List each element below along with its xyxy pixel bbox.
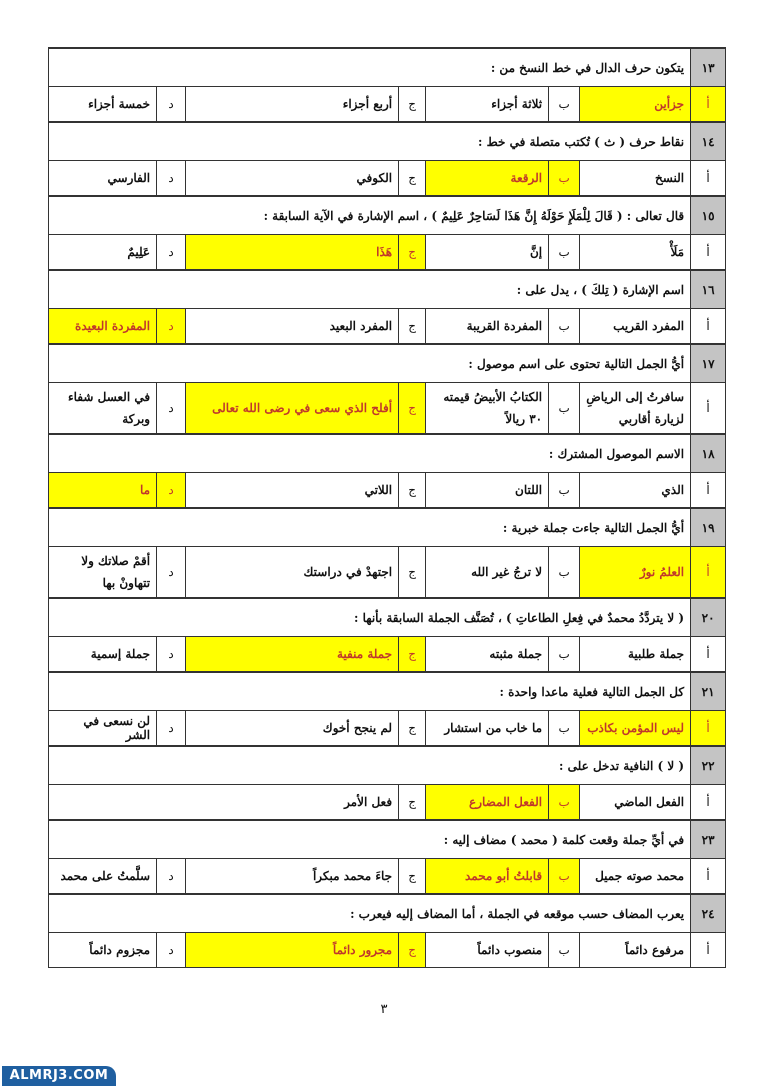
option-letter-a: أ [691, 785, 726, 821]
question-row: ١٨الاسم الموصول المشترك : [49, 434, 726, 473]
answer-options-row: أمرفوع دائماًبمنصوب دائماًجمجرور دائماًد… [49, 933, 726, 968]
option-c-correct-answer[interactable]: أفلح الذي سعى في رضى الله تعالى [186, 383, 399, 435]
question-number: ٢٠ [691, 598, 726, 637]
option-letter-d: د [157, 161, 186, 197]
quiz-sheet: ١٣يتكون حرف الدال في خط النسخ من :أجزأين… [48, 47, 725, 968]
question-text: قال تعالى : ( قَالَ لِلْمَلَإِ حَوْلَهُ … [49, 196, 691, 235]
option-letter-a: أ [691, 161, 726, 197]
option-letter-d: د [157, 933, 186, 968]
answer-options-row: أجزأينبثلاثة أجزاءجأربع أجزاءدخمسة أجزاء [49, 87, 726, 123]
question-row: ١٤نقاط حرف ( ث ) تُكتب متصلة في خط : [49, 122, 726, 161]
option-letter-c: ج [399, 87, 426, 123]
option-letter-a: أ [691, 87, 726, 123]
question-number: ٢٢ [691, 746, 726, 785]
page-number: ٣ [0, 1002, 768, 1017]
option-letter-b: ب [549, 87, 580, 123]
option-c-text[interactable]: اللاتي [186, 473, 399, 509]
option-letter-a: أ [691, 547, 726, 599]
answer-options-row: أمحمد صوته جميلبقابلتُ أبو محمدججاءَ محم… [49, 859, 726, 895]
answer-options-row: أالعلمُ نورٌبلا ترجُ غير اللهجاجتهدْ في … [49, 547, 726, 599]
option-a-text[interactable]: المفرد القريب [580, 309, 691, 345]
answer-options-row: أليس المؤمن بكاذببما خاب من استشارجلم ين… [49, 711, 726, 747]
option-letter-b: ب [549, 235, 580, 271]
option-letter-c: ج [399, 711, 426, 747]
option-letter-a: أ [691, 637, 726, 673]
option-a-text[interactable]: النسخ [580, 161, 691, 197]
option-letter-d: د [157, 711, 186, 747]
question-number: ١٧ [691, 344, 726, 383]
option-a-text[interactable]: محمد صوته جميل [580, 859, 691, 895]
option-c-text[interactable]: لم ينجح أخوك [186, 711, 399, 747]
option-letter-c: ج [399, 473, 426, 509]
question-row: ٢٠( لا يتردَّدُ محمدٌ في فِعلِ الطاعاتِ … [49, 598, 726, 637]
option-c-text[interactable]: المفرد البعيد [186, 309, 399, 345]
option-d-text[interactable]: الفارسي [49, 161, 157, 197]
option-b-text[interactable]: جملة مثبته [426, 637, 549, 673]
option-letter-c: ج [399, 309, 426, 345]
question-text: ( لا ) النافية تدخل على : [49, 746, 691, 785]
option-letter-b: ب [549, 383, 580, 435]
question-number: ٢٣ [691, 820, 726, 859]
option-d-text[interactable]: خمسة أجزاء [49, 87, 157, 123]
question-text: يتكون حرف الدال في خط النسخ من : [49, 48, 691, 87]
option-a-text[interactable]: سافرتُ إلى الرياضِ لزيارة أقاربي [580, 383, 691, 435]
option-c-correct-answer[interactable]: مجرور دائماً [186, 933, 399, 968]
option-a-correct-answer[interactable]: ليس المؤمن بكاذب [580, 711, 691, 747]
option-b-correct-answer[interactable]: الفعل المضارع [426, 785, 549, 821]
option-b-correct-answer[interactable]: قابلتُ أبو محمد [426, 859, 549, 895]
question-row: ٢٣في أيِّ جملة وقعت كلمة ( محمد ) مضاف إ… [49, 820, 726, 859]
option-letter-c: ج [399, 383, 426, 435]
option-b-text[interactable]: إنَّ [426, 235, 549, 271]
option-c-text[interactable]: الكوفي [186, 161, 399, 197]
question-row: ٢٢( لا ) النافية تدخل على : [49, 746, 726, 785]
option-a-correct-answer[interactable]: جزأين [580, 87, 691, 123]
question-text: أيُّ الجمل التالية جاءت جملة خبرية : [49, 508, 691, 547]
question-text: يعرب المضاف حسب موقعه في الجملة ، أما ال… [49, 894, 691, 933]
option-letter-c: ج [399, 161, 426, 197]
option-d-text[interactable]: جملة إسمية [49, 637, 157, 673]
question-number: ١٣ [691, 48, 726, 87]
option-letter-d: د [157, 859, 186, 895]
answer-options-row: أالفعل الماضيبالفعل المضارعجفعل الأمر [49, 785, 726, 821]
quiz-table: ١٣يتكون حرف الدال في خط النسخ من :أجزأين… [48, 47, 726, 968]
option-letter-c: ج [399, 637, 426, 673]
question-number: ١٦ [691, 270, 726, 309]
option-b-text[interactable]: اللتان [426, 473, 549, 509]
option-letter-a: أ [691, 859, 726, 895]
answer-options-row: أالمفرد القريببالمفردة القريبةجالمفرد ال… [49, 309, 726, 345]
option-c-text[interactable]: أربع أجزاء [186, 87, 399, 123]
option-letter-c: ج [399, 235, 426, 271]
option-letter-b: ب [549, 547, 580, 599]
option-letter-b: ب [549, 637, 580, 673]
answer-options-row: أجملة طلبيةبجملة مثبتهججملة منفيةدجملة إ… [49, 637, 726, 673]
option-d-text[interactable]: مجزوم دائماً [49, 933, 157, 968]
question-row: ٢٤يعرب المضاف حسب موقعه في الجملة ، أما … [49, 894, 726, 933]
question-row: ١٦اسم الإشارة ( تِلكَ ) ، يدل على : [49, 270, 726, 309]
option-b-text[interactable]: ما خاب من استشار [426, 711, 549, 747]
option-c-text[interactable]: اجتهدْ في دراستك [186, 547, 399, 599]
option-letter-d: د [157, 235, 186, 271]
question-number: ٢٤ [691, 894, 726, 933]
question-row: ١٧أيُّ الجمل التالية تحتوى على اسم موصول… [49, 344, 726, 383]
option-a-correct-answer[interactable]: العلمُ نورٌ [580, 547, 691, 599]
option-letter-d: د [157, 637, 186, 673]
option-b-text[interactable]: منصوب دائماً [426, 933, 549, 968]
option-letter-c: ج [399, 785, 426, 821]
question-text: أيُّ الجمل التالية تحتوى على اسم موصول : [49, 344, 691, 383]
option-letter-d: د [157, 473, 186, 509]
option-d-correct-answer[interactable]: المفردة البعيدة [49, 309, 157, 345]
option-letter-a: أ [691, 309, 726, 345]
question-text: الاسم الموصول المشترك : [49, 434, 691, 473]
option-a-text[interactable]: مَلَأْ [580, 235, 691, 271]
question-row: ١٩أيُّ الجمل التالية جاءت جملة خبرية : [49, 508, 726, 547]
option-letter-a: أ [691, 235, 726, 271]
option-letter-a: أ [691, 711, 726, 747]
option-a-text[interactable]: مرفوع دائماً [580, 933, 691, 968]
option-letter-d: د [157, 547, 186, 599]
option-letter-b: ب [549, 785, 580, 821]
option-b-text[interactable]: المفردة القريبة [426, 309, 549, 345]
option-c-correct-answer[interactable]: جملة منفية [186, 637, 399, 673]
question-text: اسم الإشارة ( تِلكَ ) ، يدل على : [49, 270, 691, 309]
option-letter-d: د [157, 383, 186, 435]
option-letter-a: أ [691, 933, 726, 968]
question-row: ٢١كل الجمل التالية فعلية ماعدا واحدة : [49, 672, 726, 711]
answer-options-row: أمَلَأْبإنَّجهَذَادعَلِيمٌ [49, 235, 726, 271]
option-letter-b: ب [549, 859, 580, 895]
option-c-text[interactable]: جاءَ محمد مبكراً [186, 859, 399, 895]
question-row: ١٥قال تعالى : ( قَالَ لِلْمَلَإِ حَوْلَه… [49, 196, 726, 235]
option-d-text[interactable]: في العسل شفاء وبركة [49, 383, 157, 435]
answer-options-row: أسافرتُ إلى الرياضِ لزيارة أقاربيبالكتاب… [49, 383, 726, 435]
question-text: نقاط حرف ( ث ) تُكتب متصلة في خط : [49, 122, 691, 161]
option-letter-c: ج [399, 859, 426, 895]
option-a-text[interactable]: جملة طلبية [580, 637, 691, 673]
option-letter-c: ج [399, 547, 426, 599]
option-letter-a: أ [691, 473, 726, 509]
option-letter-c: ج [399, 933, 426, 968]
option-letter-b: ب [549, 473, 580, 509]
site-watermark-logo: ALMRJ3.COM [2, 1066, 116, 1086]
option-d-correct-answer[interactable]: ما [49, 473, 157, 509]
option-letter-b: ب [549, 711, 580, 747]
option-letter-b: ب [549, 161, 580, 197]
option-b-text[interactable]: الكتابُ الأبيضُ قيمته ٣٠ ريالاً [426, 383, 549, 435]
question-number: ١٩ [691, 508, 726, 547]
option-letter-b: ب [549, 933, 580, 968]
option-d-text[interactable]: لن نسعى في الشر [49, 711, 157, 747]
option-b-correct-answer[interactable]: الرقعة [426, 161, 549, 197]
question-text: ( لا يتردَّدُ محمدٌ في فِعلِ الطاعاتِ ) … [49, 598, 691, 637]
option-a-text[interactable]: الذي [580, 473, 691, 509]
question-number: ٢١ [691, 672, 726, 711]
option-d-text[interactable]: سلَّمتُ على محمد [49, 859, 157, 895]
answer-options-row: أالنسخبالرقعةجالكوفيدالفارسي [49, 161, 726, 197]
option-b-text[interactable]: لا ترجُ غير الله [426, 547, 549, 599]
question-number: ١٨ [691, 434, 726, 473]
question-number: ١٤ [691, 122, 726, 161]
option-c-correct-answer[interactable]: هَذَا [186, 235, 399, 271]
option-c-text[interactable]: فعل الأمر [49, 785, 399, 821]
option-letter-d: د [157, 87, 186, 123]
option-letter-b: ب [549, 309, 580, 345]
option-d-text[interactable]: عَلِيمٌ [49, 235, 157, 271]
option-letter-d: د [157, 309, 186, 345]
option-d-text[interactable]: أقمْ صلاتك ولا تتهاونْ بها [49, 547, 157, 599]
answer-options-row: أالذيباللتانجاللاتيدما [49, 473, 726, 509]
question-row: ١٣يتكون حرف الدال في خط النسخ من : [49, 48, 726, 87]
question-number: ١٥ [691, 196, 726, 235]
option-letter-a: أ [691, 383, 726, 435]
option-a-text[interactable]: الفعل الماضي [580, 785, 691, 821]
option-b-text[interactable]: ثلاثة أجزاء [426, 87, 549, 123]
question-text: في أيِّ جملة وقعت كلمة ( محمد ) مضاف إلي… [49, 820, 691, 859]
question-text: كل الجمل التالية فعلية ماعدا واحدة : [49, 672, 691, 711]
